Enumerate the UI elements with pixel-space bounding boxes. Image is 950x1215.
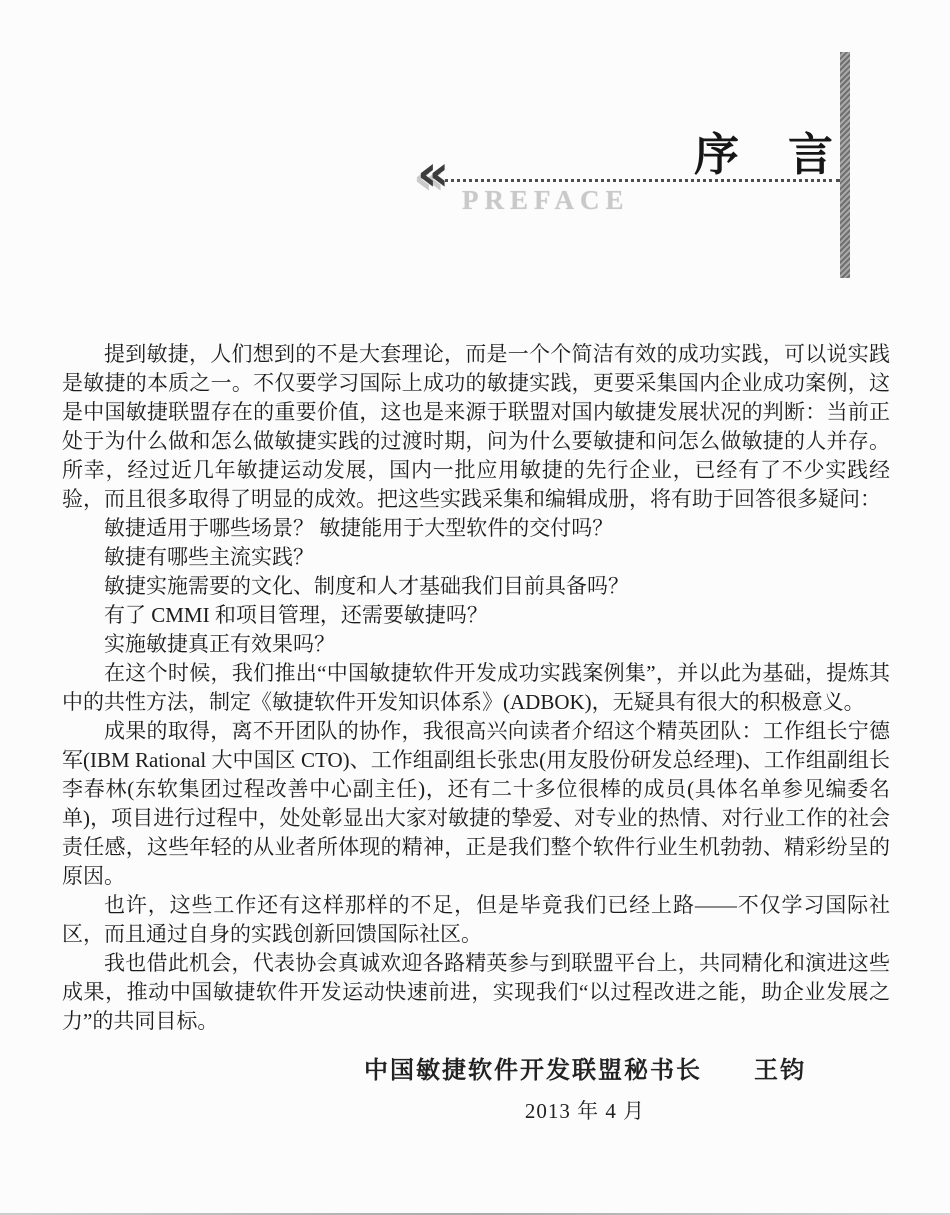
question-line-5: 实施敏捷真正有效果吗？ xyxy=(62,630,890,659)
body-paragraph-team: 成果的取得，离不开团队的协作，我很高兴向读者介绍这个精英团队：工作组长宁德军(I… xyxy=(62,717,890,891)
signature-block: 中国敏捷软件开发联盟秘书长 王钧 2013 年 4 月 xyxy=(280,1050,890,1125)
question-line-2: 敏捷有哪些主流实践？ xyxy=(62,543,890,572)
book-preface-page: 序 言 « PREFACE 提到敏捷，人们想到的不是大套理论，而是一个个简洁有效… xyxy=(0,0,950,1215)
preface-body: 提到敏捷，人们想到的不是大套理论，而是一个个简洁有效的成功实践，可以说实践是敏捷… xyxy=(62,340,890,1036)
question-line-4: 有了 CMMI 和项目管理，还需要敏捷吗？ xyxy=(62,601,890,630)
signature-date: 2013 年 4 月 xyxy=(280,1095,890,1125)
question-line-3: 敏捷实施需要的文化、制度和人才基础我们目前具备吗？ xyxy=(62,572,890,601)
body-paragraph-intro: 提到敏捷，人们想到的不是大套理论，而是一个个简洁有效的成功实践，可以说实践是敏捷… xyxy=(62,340,890,514)
dotted-rule xyxy=(438,179,840,182)
page-subtitle: PREFACE xyxy=(462,185,630,216)
body-paragraph-outlook: 也许，这些工作还有这样那样的不足，但是毕竟我们已经上路——不仅学习国际社区，而且… xyxy=(62,891,890,949)
page-title: 序 言 xyxy=(694,118,835,183)
signature-byline: 中国敏捷软件开发联盟秘书长 王钧 xyxy=(280,1050,890,1085)
body-paragraph-adbok: 在这个时候，我们推出“中国敏捷软件开发成功实践案例集”，并以此为基础，提炼其中的… xyxy=(62,659,890,717)
question-line-1: 敏捷适用于哪些场景？ 敏捷能用于大型软件的交付吗？ xyxy=(62,514,890,543)
decorative-side-bar xyxy=(840,52,850,278)
body-paragraph-closing: 我也借此机会，代表协会真诚欢迎各路精英参与到联盟平台上，共同精化和演进这些成果，… xyxy=(62,949,890,1036)
chevron-left-icon: « xyxy=(417,148,449,198)
